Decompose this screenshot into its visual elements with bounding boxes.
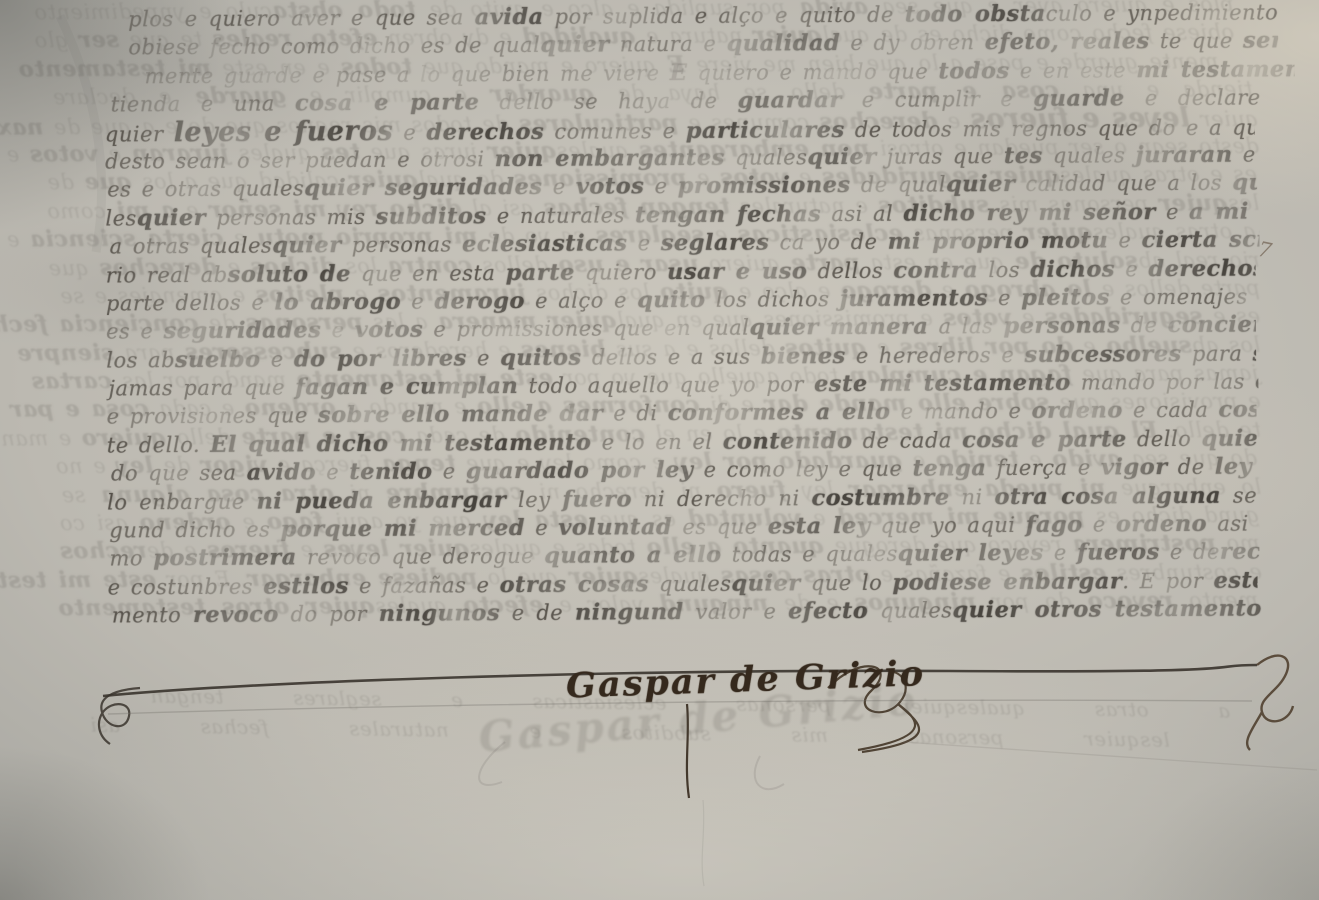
ink-words: comunes e: [544, 119, 686, 144]
ink-dark-words: suelbo: [175, 346, 261, 373]
ink-words: personas mis: [206, 205, 376, 230]
ink-dark-words: votos: [29, 141, 98, 167]
ink-words: de: [47, 170, 84, 194]
ink-words: es e otras quales: [107, 177, 304, 202]
ink-words: dello: [1127, 427, 1202, 451]
ink-words: juras que: [877, 144, 1004, 169]
ink-dark-words: mi proprio motu: [888, 228, 1109, 255]
ink-dark-words: promissiones: [678, 172, 851, 199]
ink-dark-words: leyes e fueros: [174, 115, 394, 147]
ink-words: de: [1120, 313, 1167, 337]
ink-words: que en esta: [351, 261, 506, 286]
ink-words: e provisiones que: [107, 404, 319, 429]
ink-dark-words: non embargantes: [495, 145, 725, 172]
ink-words: todas e quales: [722, 542, 898, 567]
ink-words: dellos e a sus: [582, 344, 761, 369]
ink-dark-words: bienes: [761, 343, 846, 370]
ink-words: e alço e: [525, 288, 637, 313]
ink-dark-words: parte: [506, 259, 575, 285]
ink-dark-words: fueros: [1077, 540, 1160, 567]
ink-dark-words: fago: [1026, 512, 1083, 538]
ink-dark-words: mi testamento: [1136, 56, 1319, 83]
ink-dark-words: quito: [637, 287, 706, 313]
ink-words: e: [644, 174, 677, 198]
ink-words: e: [433, 460, 466, 484]
ink-dark-words: ser: [1243, 28, 1283, 54]
ink-words: mento: [112, 603, 193, 627]
ink-words: e: [1156, 200, 1189, 224]
ink-dark-words: porque mi merced: [280, 515, 525, 542]
ink-dark-words: que: [1232, 170, 1280, 196]
ink-dark-words: guardar: [737, 87, 841, 114]
ink-words: valor e: [684, 600, 789, 625]
ink-words: e: [1108, 228, 1141, 252]
ink-words: te que: [1150, 29, 1243, 54]
ink-dark-words: efecto: [788, 598, 868, 624]
ink-words: dello se haya de: [479, 89, 737, 115]
ink-dark-words: quier manera: [749, 314, 928, 341]
ink-words: e: [467, 346, 500, 370]
ink-dark-words: subditos: [376, 203, 487, 230]
ink-dark-words: juramentos: [840, 285, 988, 312]
ink-words: mando por las: [1071, 370, 1256, 395]
ink-dark-words: revoco: [193, 602, 279, 629]
ink-dark-words: tengan fechas: [635, 201, 821, 228]
ink-words: quiero: [575, 260, 667, 285]
ink-words: e como ley e que: [693, 457, 912, 482]
ink-words: quier: [105, 122, 174, 146]
ink-words: natura e: [609, 32, 726, 57]
ink-words: ni derecho ni: [632, 486, 812, 511]
ink-dark-words: guardado por ley: [466, 457, 694, 484]
ink-dark-words: tes: [1004, 143, 1043, 169]
ink-words: mo: [109, 547, 153, 571]
ink-words: de qual: [851, 173, 947, 198]
ink-words: les: [105, 206, 137, 230]
ink-dark-words: ningund: [575, 599, 684, 626]
ink-dark-words: tenga: [913, 455, 987, 481]
ink-dark-words: qualidad: [726, 30, 840, 57]
ink-dark-words: fagan e cumplan: [295, 373, 518, 400]
ink-dark-words: quitos: [500, 344, 582, 370]
ink-words: jamas para que: [108, 375, 295, 400]
ink-words: e cada: [1123, 398, 1219, 423]
ink-words: de cada: [852, 428, 962, 453]
ink-words: e: [542, 175, 575, 199]
ink-dark-words: todo obsta: [905, 1, 1046, 28]
ink-words: desto sean o ser puedan e otrosi: [105, 147, 495, 173]
ink-words: e: [1115, 257, 1148, 281]
ink-dark-words: ordeno: [1116, 511, 1207, 538]
ink-words: e dy obren: [840, 31, 985, 56]
ink-dark-words: otras cosas: [500, 571, 649, 598]
ink-words: quiero e mando que: [687, 59, 938, 85]
ink-dark-words: cierta sciencia: [1141, 226, 1319, 253]
manuscript-photo: plos e quiero aver e que sea avida por s…: [0, 0, 1319, 900]
ink-words: ni: [950, 485, 995, 509]
ink-dark-words: derogo: [434, 288, 525, 315]
ink-dark-words: conformes a ello: [668, 399, 891, 426]
ink-dark-words: quier leyes: [898, 540, 1044, 567]
ink-words: de: [1167, 455, 1214, 479]
ink-dark-words: avida: [475, 4, 544, 30]
ink-dark-words: El qual dicho mi testamento: [210, 429, 591, 457]
ink-dark-words: derechos: [426, 118, 544, 145]
ink-dark-words: juraran: [1135, 142, 1232, 169]
ink-dark-words: cosa e par: [1218, 396, 1319, 423]
ink-words: que yo aqui: [870, 513, 1025, 538]
ink-words: quales: [1043, 143, 1136, 168]
ink-dark-words: dicho rey mi señor: [903, 199, 1155, 227]
ink-words: e pode: [0, 228, 30, 253]
ink-words: e man: [1, 426, 82, 451]
ink-dark-words: nax: [0, 114, 43, 140]
ink-dark-words: votos: [576, 174, 645, 200]
ink-words: glo: [1283, 28, 1319, 52]
ink-dark-words: otra cosa alguna: [994, 482, 1221, 509]
ink-dark-words: quier: [540, 32, 609, 58]
ink-words: se: [1221, 483, 1257, 507]
ink-dark-words: usar e uso: [667, 258, 807, 285]
ink-dark-words: cartas: [31, 368, 112, 395]
ink-words: asi co: [1207, 511, 1284, 535]
ink-words: e fazañas e: [349, 573, 500, 598]
ink-words: e man: [1286, 426, 1319, 450]
ink-words: e mando e: [890, 399, 1031, 424]
ink-words: parte dellos e: [106, 290, 275, 315]
ink-dark-words: este mi testamento: [814, 370, 1071, 398]
ink-words: a otras quales: [110, 234, 273, 259]
ink-words: obiese fecho como dicho es de qual: [128, 33, 540, 60]
ink-dark-words: sobre ello mande dar: [318, 401, 603, 429]
ink-words: calidad que a los: [1015, 171, 1232, 196]
ink-dark-words: pleitos: [1021, 284, 1110, 311]
ink-words: e promissiones que en qual: [423, 316, 749, 342]
ink-words: ca yo de: [769, 230, 888, 255]
ink-words: e declare: [1125, 86, 1261, 111]
ink-dark-words: derechos: [1148, 255, 1266, 282]
ink-words: e: [1233, 142, 1266, 166]
ink-dark-words: ley: [1215, 454, 1253, 480]
ink-dark-words: conciencia fechos: [1168, 311, 1319, 338]
ink-dark-words: cartas: [1255, 368, 1319, 394]
ink-words: tienda e una: [111, 92, 295, 117]
ink-words: e: [1083, 512, 1116, 536]
ink-dark-words: lo abrogo: [274, 289, 401, 316]
ink-words: quales: [649, 572, 732, 597]
ink-words: culo e ynpedimiento: [1046, 0, 1279, 25]
ink-dark-words: este mi testa: [1213, 567, 1319, 594]
ink-dark-words: votos: [1266, 141, 1319, 167]
ink-words: do que sea: [111, 461, 247, 486]
ink-dark-words: dichos: [1030, 256, 1115, 283]
ink-words: todo aquello que yo por: [518, 372, 814, 398]
ink-words: que: [1266, 256, 1317, 280]
ink-dark-words: votos: [355, 317, 424, 343]
ink-words: e cumplir e: [842, 87, 1034, 112]
ink-dark-words: quiero: [1201, 425, 1286, 452]
ink-dark-words: subcessores: [1024, 341, 1181, 368]
ink-words: e en este: [1010, 58, 1137, 83]
ink-words: e omenajes e se: [1110, 284, 1306, 309]
ink-words: es e: [106, 319, 164, 343]
ink-words: plos e quiero aver e que sea: [128, 5, 475, 31]
ink-dark-words: eclesiasticas: [462, 230, 628, 257]
manuscript-text-block: plos e quiero aver e que sea avida por s…: [104, 0, 1258, 630]
ink-words: que lo: [801, 571, 893, 596]
ink-words: e: [627, 231, 660, 255]
ink-words: de todos mis regnos que do e a que de: [845, 115, 1319, 142]
ink-dark-words: seguridades: [164, 317, 322, 344]
ink-dark-words: avido: [247, 459, 317, 485]
ink-dark-words: soluto de: [228, 261, 351, 288]
ink-dark-words: quier seguridades: [304, 174, 542, 201]
ink-words: e: [393, 120, 426, 144]
ink-words: e: [1044, 541, 1077, 565]
ink-words: para: [1182, 341, 1253, 365]
ink-dark-words: quier: [731, 570, 800, 596]
ink-dark-words: seglares: [661, 230, 770, 257]
ink-words: glo: [34, 28, 79, 52]
manuscript-line: mento revoco do por ningunos e de ningun…: [108, 595, 1262, 630]
ink-words: lo enbargue: [107, 489, 256, 514]
ink-words: e: [525, 516, 558, 540]
ink-dark-words: ningunos: [379, 600, 500, 627]
ink-words: personas: [341, 232, 462, 257]
ink-words: gund dicho es: [109, 517, 280, 542]
ink-dark-words: efeto, reales: [985, 29, 1150, 56]
ink-words: a las: [928, 314, 1003, 338]
ink-dark-words: fuero: [562, 486, 632, 512]
ink-words: e lo en el: [591, 430, 722, 455]
ink-dark-words: contra: [893, 257, 978, 284]
ink-dark-words: cosa e parte: [962, 426, 1127, 453]
ink-words: dellos: [807, 258, 893, 283]
ink-dark-words: guarde: [1033, 85, 1125, 112]
ink-dark-words: vigor: [1101, 454, 1168, 480]
ink-dark-words: quier: [137, 205, 206, 231]
ink-words: que: [48, 255, 99, 279]
ink-words: e: [321, 318, 354, 342]
rule-right-paraph: [1247, 656, 1293, 750]
ink-dark-words: sienpre: [17, 340, 114, 367]
ink-words: ley: [506, 487, 562, 511]
ink-dark-words: E: [670, 60, 688, 86]
ink-words: e: [988, 286, 1021, 310]
ink-words: los: [978, 257, 1030, 281]
ink-dark-words: ni pueda enbargar: [256, 487, 506, 515]
ink-dark-words: voluntad: [558, 514, 672, 541]
ink-dark-words: quier: [946, 171, 1015, 197]
ink-words: e de: [1160, 540, 1220, 564]
ink-words: quales: [868, 599, 952, 624]
ink-words: rio real ab: [106, 262, 228, 287]
ink-dark-words: rechos: [1220, 539, 1307, 566]
ink-dark-words: quier: [272, 232, 341, 258]
ink-words: e: [401, 289, 434, 313]
ink-words: e herederos e: [846, 343, 1025, 368]
faint-descender-tail: [702, 800, 704, 886]
ink-words: . E por: [1122, 569, 1213, 594]
ink-words: mente guarde e pase a lo que bien me vie…: [144, 61, 669, 88]
ink-words: te dello.: [107, 433, 211, 458]
ink-words: revoco que derogue: [297, 544, 545, 570]
ink-words: es que: [672, 515, 768, 540]
ink-dark-words: ordeno: [1032, 398, 1123, 425]
ink-dark-words: personas: [1003, 313, 1120, 340]
ink-dark-words: quier: [807, 144, 876, 170]
ink-words: se: [61, 483, 101, 507]
ink-words: quales: [725, 145, 808, 170]
ink-words: los dichos: [705, 287, 839, 312]
ink-dark-words: costumbre: [811, 484, 949, 511]
ink-words: e de: [500, 601, 575, 625]
ink-words: de: [1280, 170, 1317, 194]
ink-dark-words: sienpre: [1252, 340, 1319, 367]
ink-dark-words: cosa e parte: [295, 89, 480, 116]
ink-dark-words: particulares: [686, 117, 845, 144]
ink-dark-words: a mi: [1189, 198, 1249, 224]
ink-words: e: [260, 347, 293, 371]
ink-dark-words: estilos: [263, 573, 349, 600]
ink-words: e costunbres: [108, 574, 264, 599]
ink-dark-words: quanto a ello: [544, 542, 722, 569]
ink-words: e: [316, 460, 349, 484]
ink-words: do por: [279, 602, 379, 627]
ink-words: fuerça e: [986, 456, 1101, 481]
ink-dark-words: podiese enbargar: [892, 568, 1122, 595]
ink-words: los ab: [106, 348, 175, 372]
ink-words: asi al: [821, 201, 903, 226]
ink-words: por suplida e alço e quito de: [544, 3, 905, 29]
ink-words: e naturales: [487, 203, 636, 228]
ink-dark-words: todos: [938, 58, 1009, 84]
ink-words: e di: [603, 402, 668, 426]
ink-words: e: [0, 142, 30, 166]
ink-dark-words: quier otros testamento: [952, 596, 1261, 624]
ink-dark-words: do por libres: [294, 345, 467, 372]
ink-dark-words: tenido: [349, 459, 432, 486]
ink-dark-words: esta ley: [768, 513, 871, 540]
ink-dark-words: postrimera: [153, 545, 297, 572]
ink-dark-words: contenido: [723, 428, 853, 455]
